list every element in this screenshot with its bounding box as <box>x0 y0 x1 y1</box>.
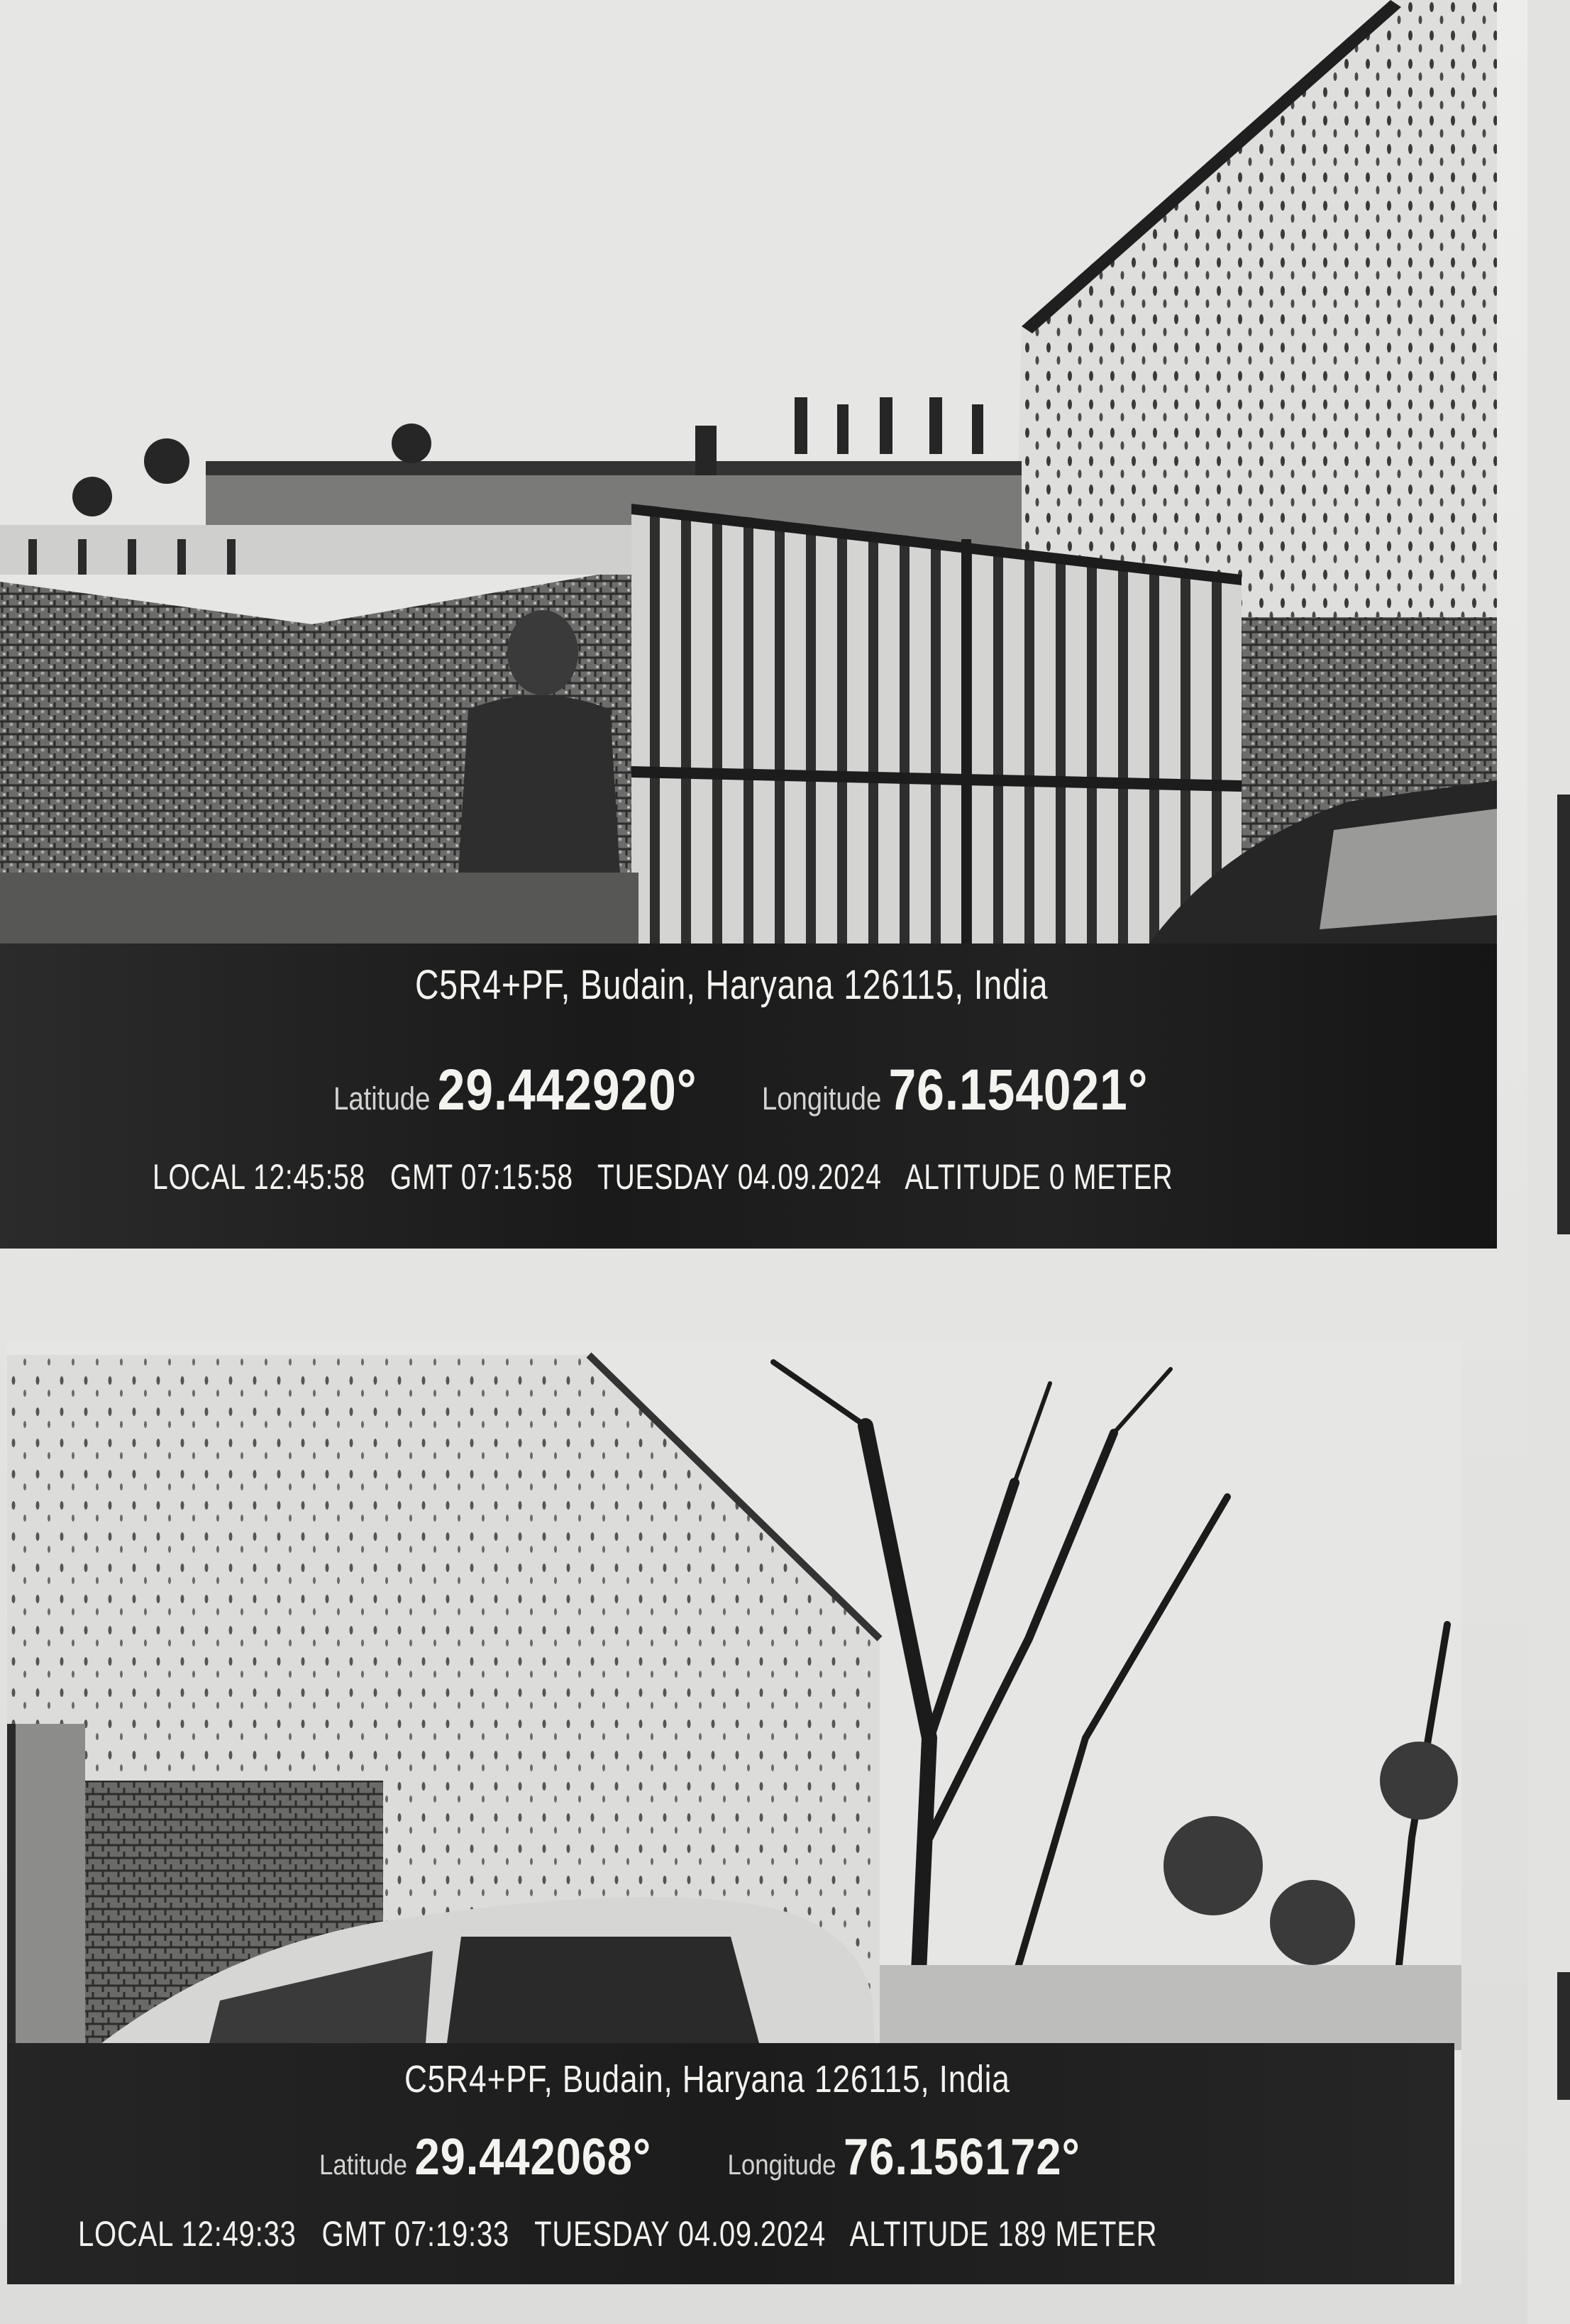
latitude-label: Latitude <box>319 2149 407 2181</box>
day-text: TUESDAY <box>534 2214 670 2254</box>
date-text: 04.09.2024 <box>738 1157 882 1197</box>
local-time: 12:45:58 <box>253 1157 365 1197</box>
coordinates-text: Latitude29.442068° Longitude76.156172° <box>319 2128 1080 2186</box>
date-text: 04.09.2024 <box>678 2214 826 2254</box>
geotagged-photo-1: C5R4+PF, Budain, Haryana 126115, India L… <box>0 0 1497 1249</box>
altitude-label: ALTITUDE <box>905 1157 1041 1197</box>
local-time: 12:49:33 <box>182 2214 297 2254</box>
coordinates-text: Latitude29.442920° Longitude76.154021° <box>333 1057 1148 1124</box>
edge-shadow <box>1557 1972 1570 2100</box>
timestamp-text: LOCAL 12:49:33 GMT 07:19:33 TUESDAY 04.0… <box>78 2213 1157 2254</box>
local-label: LOCAL <box>153 1157 245 1197</box>
geotagged-photo-2: C5R4+PF, Budain, Haryana 126115, India L… <box>7 1341 1461 2284</box>
altitude-value: 0 METER <box>1049 1157 1173 1197</box>
latitude-value: 29.442920° <box>438 1058 697 1122</box>
gmt-label: GMT <box>321 2214 386 2254</box>
timestamp-text: LOCAL 12:45:58 GMT 07:15:58 TUESDAY 04.0… <box>153 1156 1173 1197</box>
geo-overlay-2: C5R4+PF, Budain, Haryana 126115, India L… <box>7 2043 1454 2284</box>
gmt-time: 07:19:33 <box>394 2214 509 2254</box>
latitude-value: 29.442068° <box>415 2129 652 2186</box>
address-text: C5R4+PF, Budain, Haryana 126115, India <box>415 961 1048 1009</box>
latitude-label: Latitude <box>333 1080 430 1117</box>
day-text: TUESDAY <box>597 1157 729 1197</box>
longitude-label: Longitude <box>762 1080 881 1117</box>
longitude-value: 76.154021° <box>889 1058 1149 1122</box>
gmt-time: 07:15:58 <box>461 1157 573 1197</box>
geo-overlay-1: C5R4+PF, Budain, Haryana 126115, India L… <box>0 944 1497 1249</box>
longitude-label: Longitude <box>728 2149 836 2181</box>
photocopy-page: C5R4+PF, Budain, Haryana 126115, India L… <box>0 0 1570 2324</box>
altitude-label: ALTITUDE <box>850 2214 990 2254</box>
address-text: C5R4+PF, Budain, Haryana 126115, India <box>404 2057 1010 2101</box>
address-value: C5R4+PF, Budain, Haryana 126115, India <box>404 2058 1010 2101</box>
altitude-value: 189 METER <box>997 2214 1157 2254</box>
longitude-value: 76.156172° <box>844 2129 1080 2186</box>
address-value: C5R4+PF, Budain, Haryana 126115, India <box>415 962 1048 1008</box>
gmt-label: GMT <box>390 1157 453 1197</box>
edge-shadow <box>1557 795 1570 1234</box>
local-label: LOCAL <box>78 2214 173 2254</box>
